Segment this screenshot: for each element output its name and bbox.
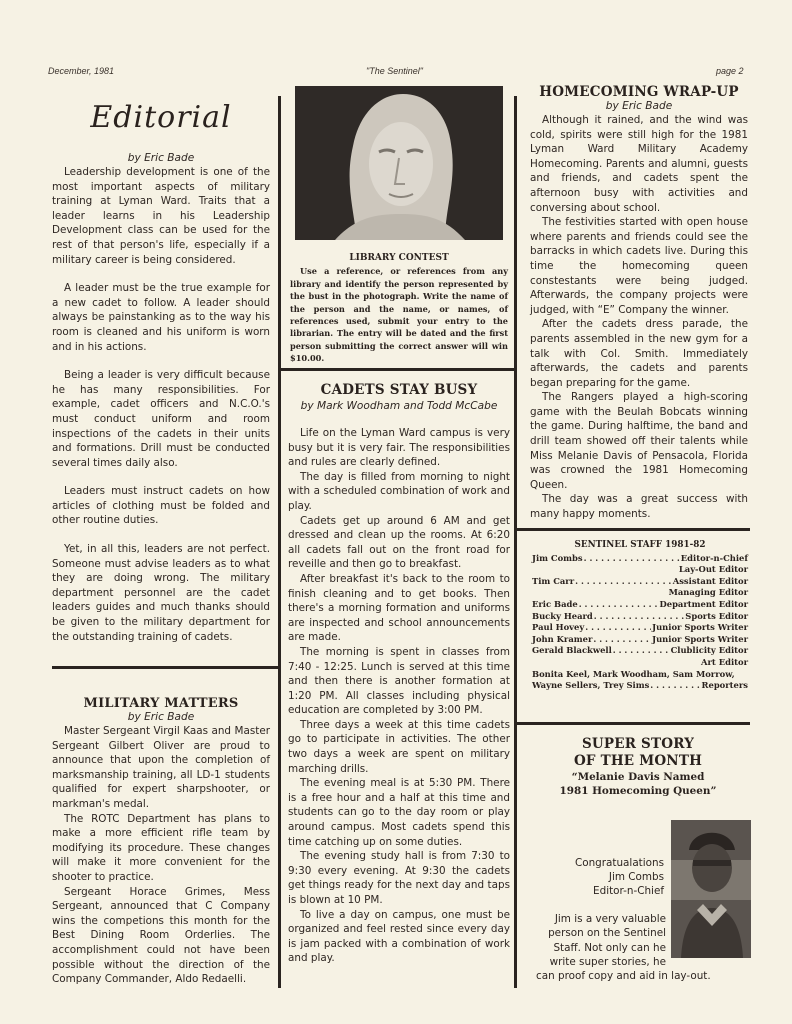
editorial-paragraph: A leader must be the true example for a …: [52, 281, 270, 354]
military-matters-title: MILITARY MATTERS: [52, 696, 270, 711]
leader-dots: [584, 553, 680, 565]
publication-name: "The Sentinel": [366, 66, 423, 76]
editorial-title: Editorial: [52, 100, 270, 146]
leader-dots: [575, 576, 672, 588]
library-contest: LIBRARY CONTEST Use a reference, or refe…: [288, 86, 510, 365]
homecoming-body: Although it rained, and the wind was col…: [530, 113, 748, 522]
staff-row: Eric BadeDepartment Editor: [532, 599, 748, 611]
column-rule-left-lower: [278, 666, 281, 988]
super-story-subtitle-line: 1981 Homecoming Queen”: [526, 784, 750, 798]
staff-role: Assistant Editor: [673, 576, 748, 588]
leader-dots: [650, 680, 700, 692]
military-matters-paragraph: The ROTC Department has plans to make a …: [52, 812, 270, 885]
editorial-body: Leadership development is one of the mos…: [52, 165, 270, 644]
homecoming-title: HOMECOMING WRAP-UP: [530, 84, 748, 100]
cadets-stay-busy-byline: by Mark Woodham and Todd McCabe: [288, 400, 510, 412]
cadets-paragraph: Cadets get up around 6 AM and get dresse…: [288, 514, 510, 572]
staff-row: Managing Editor: [532, 587, 748, 599]
super-story-body: Jim is a very valuable person on the Sen…: [526, 912, 666, 970]
super-story-title: SUPER STORY OF THE MONTH: [526, 736, 750, 770]
staff-name: John Kramer: [532, 634, 592, 646]
editorial-paragraph: Leadership development is one of the mos…: [52, 165, 270, 267]
military-matters-body: Master Sergeant Virgil Kaas and Master S…: [52, 724, 270, 987]
staff-role: Sports Editor: [685, 611, 748, 623]
section-rule-homecoming: [514, 528, 750, 531]
bust-illustration-icon: [295, 86, 503, 240]
super-story-line: Jim is a very valuable: [526, 912, 666, 926]
staff-role: Reporters: [702, 680, 748, 692]
cadets-paragraph: After breakfast it's back to the room to…: [288, 572, 510, 645]
cadets-stay-busy-article: CADETS STAY BUSY by Mark Woodham and Tod…: [288, 382, 510, 966]
staff-row: Gerald BlackwellClublicity Editor: [532, 645, 748, 657]
homecoming-paragraph: The Rangers played a high-scoring game w…: [530, 390, 748, 492]
military-matters-byline: by Eric Bade: [52, 711, 270, 723]
editorial-paragraph: Yet, in all this, leaders are not perfec…: [52, 542, 270, 644]
editorial-article: Editorial by Eric Bade Leadership develo…: [52, 96, 270, 644]
staff-role: Junior Sports Writer: [652, 634, 748, 646]
column-rule-right: [514, 96, 517, 988]
staff-name: Gerald Blackwell: [532, 645, 612, 657]
portrait-illustration-icon: [671, 820, 751, 958]
editorial-paragraph: Being a leader is very difficult because…: [52, 368, 270, 470]
military-matters-paragraph: Sergeant Horace Grimes, Mess Sergeant, a…: [52, 885, 270, 987]
reporters-line: Bonita Keel, Mark Woodham, Sam Morrow,: [532, 669, 748, 681]
staff-row: John KramerJunior Sports Writer: [532, 634, 748, 646]
homecoming-paragraph: The day was a great success with many ha…: [530, 492, 748, 521]
homecoming-article: HOMECOMING WRAP-UP by Eric Bade Although…: [530, 84, 748, 522]
leader-dots: [585, 622, 651, 634]
column-rule-left-upper: [278, 96, 281, 668]
cadets-stay-busy-body: Life on the Lyman Ward campus is very bu…: [288, 426, 510, 966]
congrats-line: Editor-n-Chief: [526, 884, 664, 898]
super-story-title-line: SUPER STORY: [526, 736, 750, 753]
super-story-title-line: OF THE MONTH: [526, 753, 750, 770]
homecoming-paragraph: The festivities started with open house …: [530, 215, 748, 317]
library-contest-text: LIBRARY CONTEST Use a reference, or refe…: [288, 240, 510, 365]
page-number: page 2: [716, 66, 744, 76]
staff-name: Bucky Heard: [532, 611, 593, 623]
editorial-paragraph: Leaders must instruct cadets on how arti…: [52, 484, 270, 528]
staff-name: Eric Bade: [532, 599, 578, 611]
super-story-line: write super stories, he: [526, 955, 666, 969]
jim-combs-photo: [671, 820, 751, 958]
section-rule-contest: [278, 368, 517, 371]
cadets-paragraph: The morning is spent in classes from 7:4…: [288, 645, 510, 718]
staff-row: Art Editor: [532, 657, 748, 669]
cadets-paragraph: Life on the Lyman Ward campus is very bu…: [288, 426, 510, 470]
super-story-last-line: can proof copy and aid in lay-out.: [536, 970, 711, 982]
military-matters-paragraph: Master Sergeant Virgil Kaas and Master S…: [52, 724, 270, 812]
staff-row: Tim CarrAssistant Editor: [532, 576, 748, 588]
cadets-paragraph: The day is filled from morning to night …: [288, 470, 510, 514]
super-story: SUPER STORY OF THE MONTH “Melanie Davis …: [526, 736, 750, 798]
staff-role: Department Editor: [659, 599, 748, 611]
editorial-byline: by Eric Bade: [52, 152, 270, 164]
leader-dots: [594, 611, 685, 623]
staff-title: SENTINEL STAFF 1981-82: [532, 540, 748, 552]
leader-dots: [579, 599, 659, 611]
bust-photo: [295, 86, 503, 240]
staff-box: SENTINEL STAFF 1981-82 Jim CombsEditor-n…: [532, 540, 748, 692]
staff-name: Wayne Sellers, Trey Sims: [532, 680, 649, 692]
library-contest-title: LIBRARY CONTEST: [290, 252, 508, 264]
homecoming-paragraph: After the cadets dress parade, the paren…: [530, 317, 748, 390]
staff-row: Lay-Out Editor: [532, 564, 748, 576]
cadets-paragraph: Three days a week at this time cadets go…: [288, 718, 510, 776]
staff-name: Tim Carr: [532, 576, 574, 588]
library-contest-body: Use a reference, or references from any …: [290, 265, 508, 364]
staff-row: Jim CombsEditor-n-Chief: [532, 553, 748, 565]
leader-dots: [593, 634, 651, 646]
staff-role: Junior Sports Writer: [652, 622, 748, 634]
cadets-paragraph: The evening meal is at 5:30 PM. There is…: [288, 776, 510, 849]
staff-row: Wayne Sellers, Trey SimsReporters: [532, 680, 748, 692]
staff-row: Paul HoveyJunior Sports Writer: [532, 622, 748, 634]
super-story-line: person on the Sentinel: [526, 926, 666, 940]
super-story-line: Staff. Not only can he: [526, 941, 666, 955]
super-story-subtitle-line: “Melanie Davis Named: [526, 770, 750, 784]
staff-row: Bucky HeardSports Editor: [532, 611, 748, 623]
section-rule-staff: [514, 722, 750, 725]
congratulations-note: Congratualations Jim Combs Editor-n-Chie…: [526, 856, 664, 898]
congrats-line: Jim Combs: [526, 870, 664, 884]
cadets-paragraph: To live a day on campus, one must be org…: [288, 908, 510, 966]
homecoming-byline: by Eric Bade: [530, 100, 748, 112]
homecoming-paragraph: Although it rained, and the wind was col…: [530, 113, 748, 215]
staff-role: Editor-n-Chief: [681, 553, 748, 565]
section-rule-editorial: [52, 666, 281, 669]
super-story-subtitle: “Melanie Davis Named 1981 Homecoming Que…: [526, 770, 750, 798]
leader-dots: [613, 645, 670, 657]
newspaper-page: December, 1981 "The Sentinel" page 2 Edi…: [0, 0, 792, 1024]
issue-date: December, 1981: [48, 66, 114, 76]
staff-name: Jim Combs: [532, 553, 583, 565]
staff-role: Clublicity Editor: [671, 645, 748, 657]
cadets-stay-busy-title: CADETS STAY BUSY: [288, 382, 510, 398]
staff-name: Paul Hovey: [532, 622, 584, 634]
cadets-paragraph: The evening study hall is from 7:30 to 9…: [288, 849, 510, 907]
congrats-line: Congratualations: [526, 856, 664, 870]
military-matters-article: MILITARY MATTERS by Eric Bade Master Ser…: [52, 696, 270, 987]
